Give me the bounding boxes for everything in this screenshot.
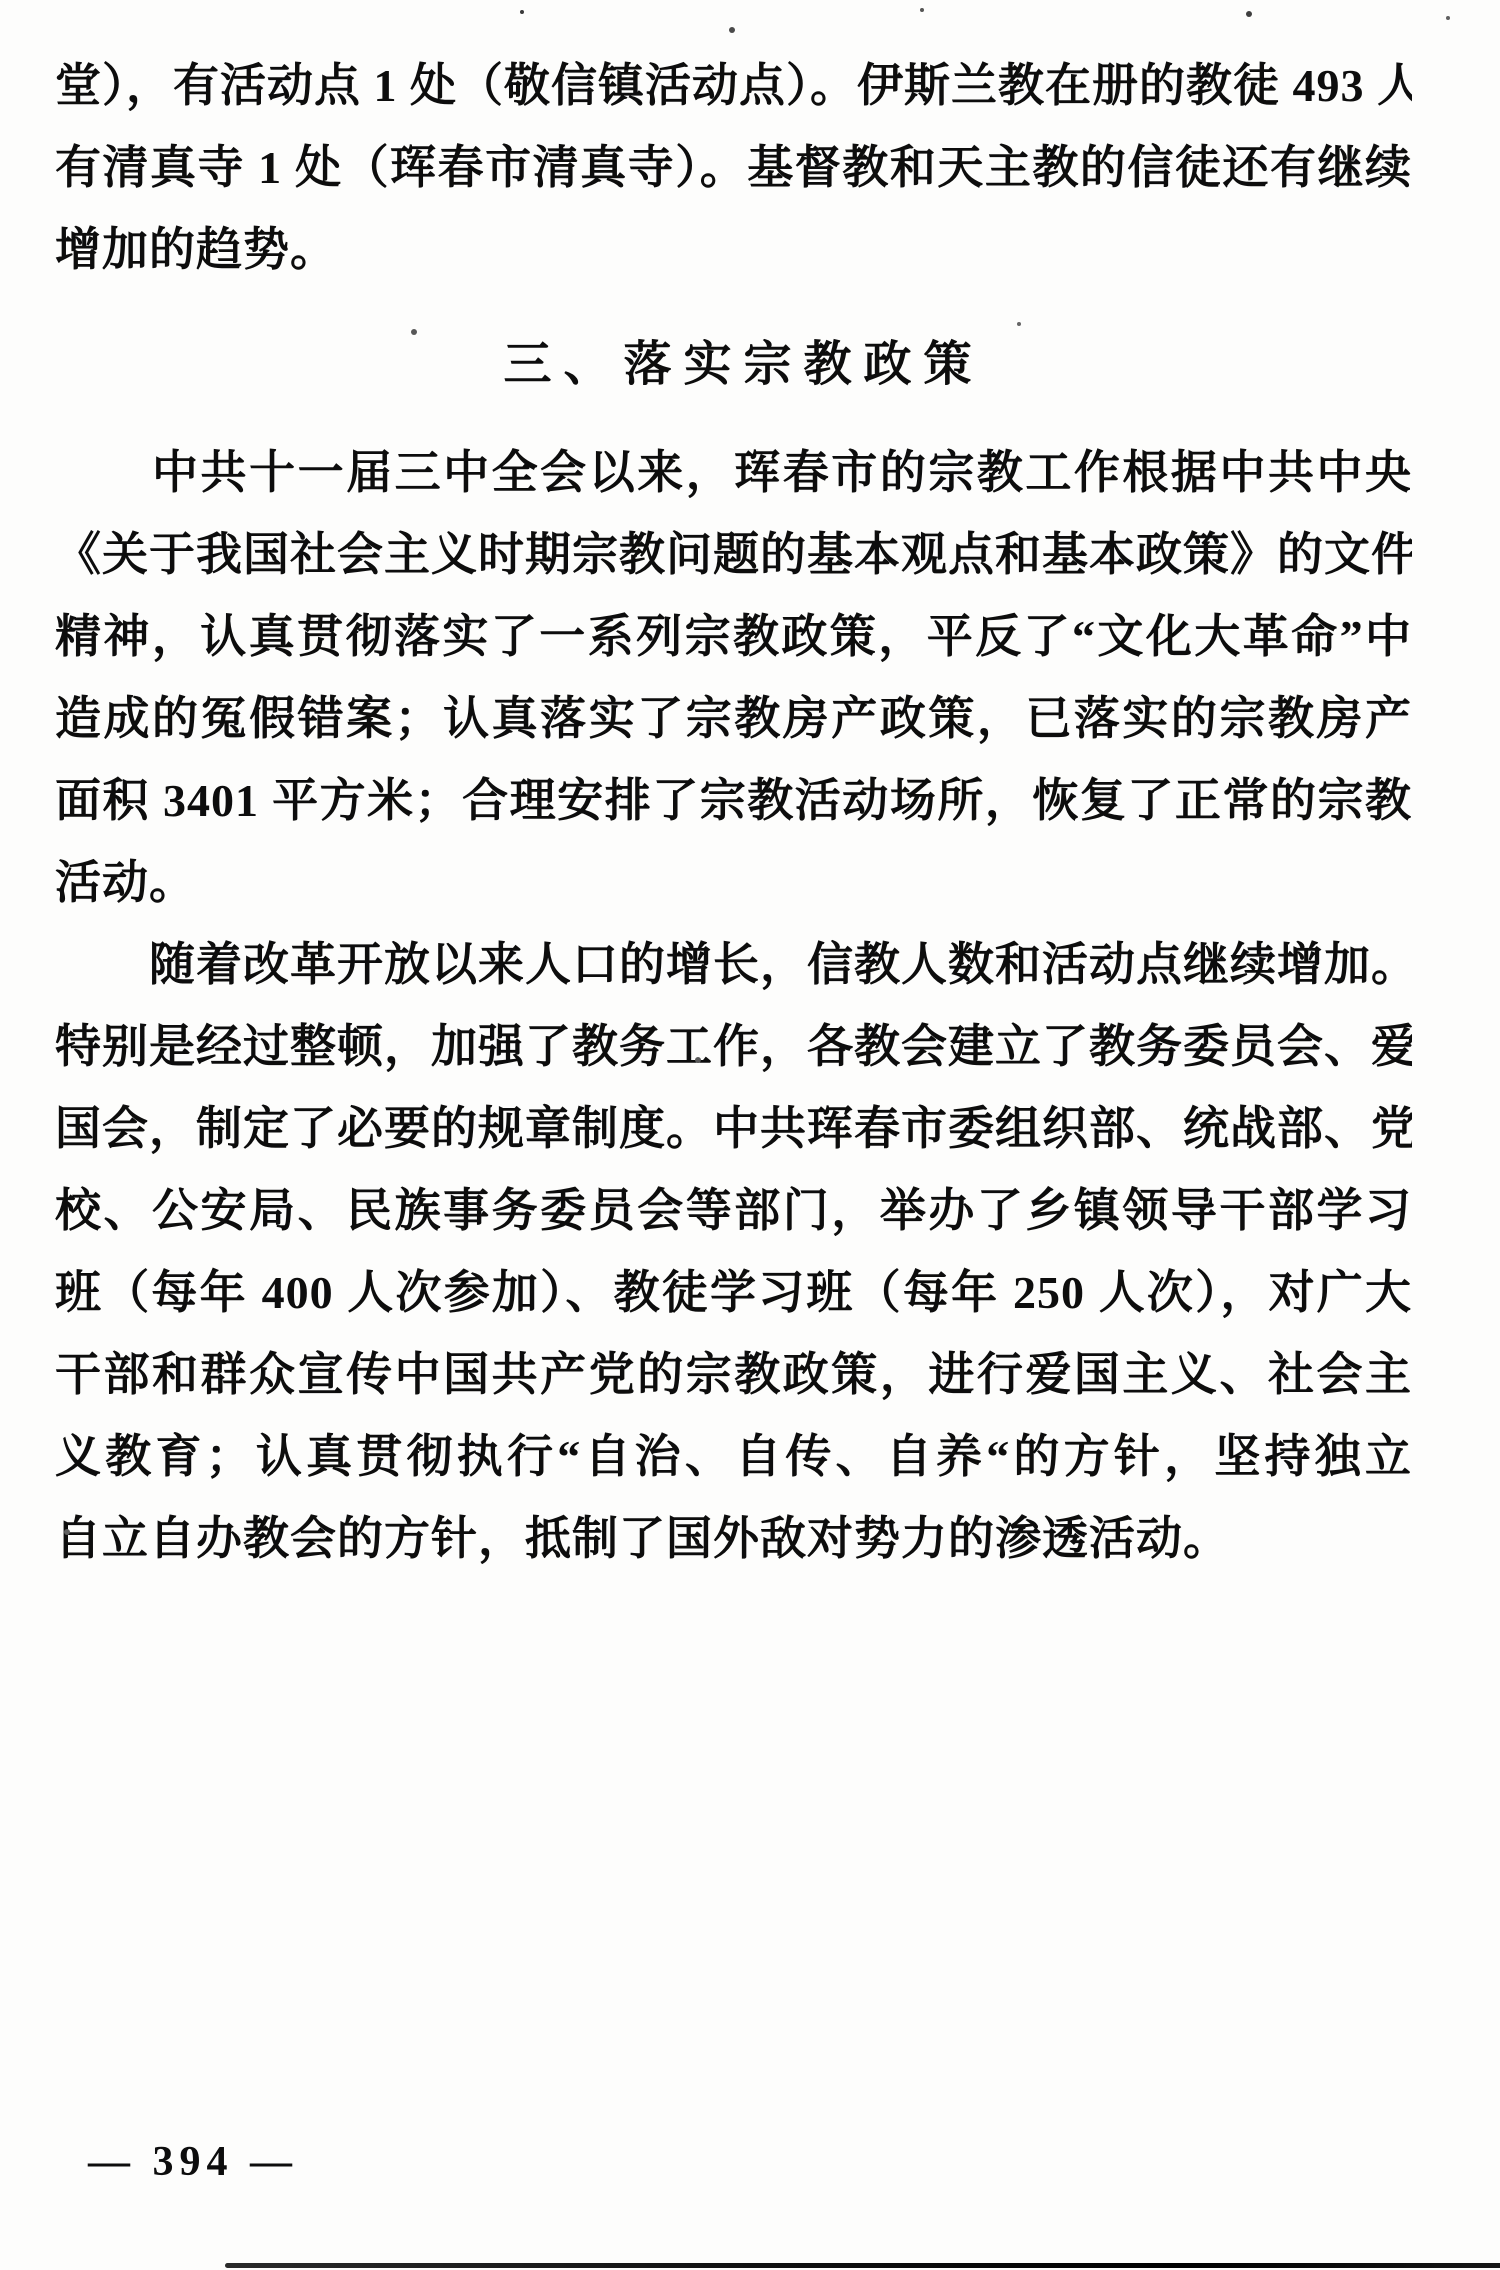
scan-noise-specks [520,10,524,14]
text-line: 特别是经过整顿，加强了教务工作，各教会建立了教务委员会、爱 [55,1006,1412,1088]
text-line: 有清真寺 1 处（珲春市清真寺）。基督教和天主教的信徒还有继续 [55,127,1412,209]
paragraph-1: 中共十一届三中全会以来，珲春市的宗教工作根据中共中央《关于我国社会主义时期宗教问… [55,432,1412,924]
text-line: 随着改革开放以来人口的增长，信教人数和活动点继续增加。 [55,924,1412,1006]
text-line: 精神，认真贯彻落实了一系列宗教政策，平反了“文化大革命”中 [55,596,1412,678]
text-line: 中共十一届三中全会以来，珲春市的宗教工作根据中共中央 [55,432,1412,514]
text-line: 面积 3401 平方米；合理安排了宗教活动场所，恢复了正常的宗教 [55,760,1412,842]
text-line: 干部和群众宣传中国共产党的宗教政策，进行爱国主义、社会主 [55,1334,1412,1416]
section-heading: 三、落实宗教政策 [75,324,1412,406]
text-line: 校、公安局、民族事务委员会等部门，举办了乡镇领导干部学习 [55,1170,1412,1252]
text-line: 自立自办教会的方针，抵制了国外敌对势力的渗透活动。 [55,1498,1412,1580]
text-column: 堂），有活动点 1 处（敬信镇活动点）。伊斯兰教在册的教徒 493 人，有清真寺… [0,0,1500,1580]
text-line: 造成的冤假错案；认真落实了宗教房产政策，已落实的宗教房产 [55,678,1412,760]
text-line: 堂），有活动点 1 处（敬信镇活动点）。伊斯兰教在册的教徒 493 人， [55,45,1412,127]
text-line: 班（每年 400 人次参加）、教徒学习班（每年 250 人次），对广大 [55,1252,1412,1334]
text-line: 增加的趋势。 [55,209,1412,291]
paragraph-2: 随着改革开放以来人口的增长，信教人数和活动点继续增加。特别是经过整顿，加强了教务… [55,924,1412,1580]
intro-paragraph: 堂），有活动点 1 处（敬信镇活动点）。伊斯兰教在册的教徒 493 人，有清真寺… [55,45,1412,291]
text-line: 义教育；认真贯彻执行“自治、自传、自养“的方针，坚持独立 [55,1416,1412,1498]
text-line: 《关于我国社会主义时期宗教问题的基本观点和基本政策》的文件 [55,514,1412,596]
text-line: 国会，制定了必要的规章制度。中共珲春市委组织部、统战部、党 [55,1088,1412,1170]
page-number: — 394 — [88,2138,298,2186]
scanned-book-page: 堂），有活动点 1 处（敬信镇活动点）。伊斯兰教在册的教徒 493 人，有清真寺… [0,0,1500,2270]
scan-edge-artifact [225,2263,1500,2268]
text-line: 活动。 [55,842,1412,924]
